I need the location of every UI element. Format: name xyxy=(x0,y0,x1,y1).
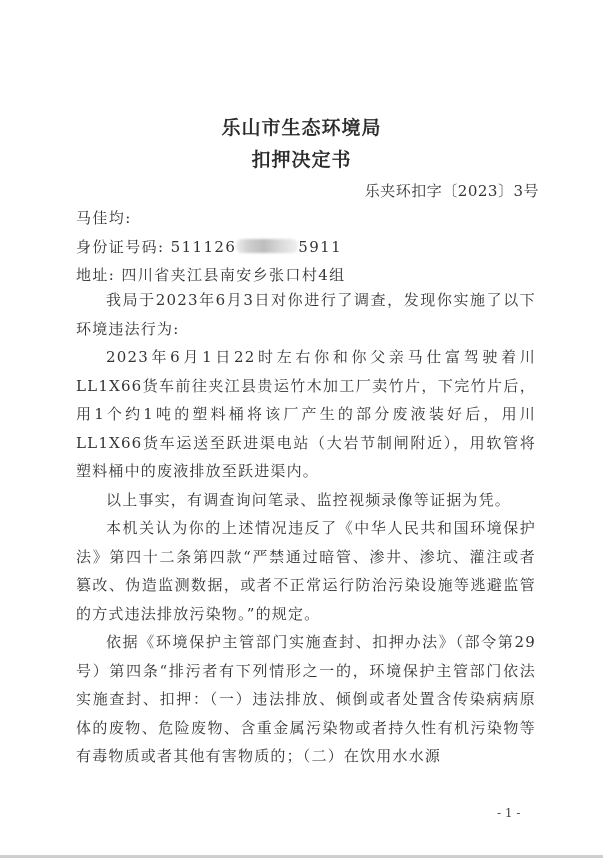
page-number: - 1 - xyxy=(497,806,520,820)
document-page: 乐山市生态环境局 扣押决定书 乐夹环扣字〔2023〕3号 马佳均: 身份证号码:… xyxy=(0,0,603,855)
document-title: 扣押决定书 xyxy=(0,145,603,172)
redacted-id-segment xyxy=(236,239,298,253)
id-suffix: 5911 xyxy=(298,238,342,256)
document-number: 乐夹环扣字〔2023〕3号 xyxy=(365,180,539,201)
paragraph-violation-facts: 2023年6月1日22时左右你和你父亲马仕富驾驶着川LL1X66货车前往夹江县贵… xyxy=(76,343,536,486)
paragraph-investigation: 我局于2023年6月3日对你进行了调查，发现你实施了以下环境违法行为: xyxy=(76,286,536,343)
id-prefix: 511126 xyxy=(171,238,237,256)
paragraph-legal-basis: 依据《环境保护主管部门实施查封、扣押办法》（部令第29号）第四条“排污者有下列情… xyxy=(76,628,536,771)
recipient-name: 马佳均: xyxy=(76,207,132,228)
id-label: 身份证号码: xyxy=(76,238,171,256)
issuing-authority: 乐山市生态环境局 xyxy=(0,113,603,140)
paragraph-evidence: 以上事实，有调查询问笔录、监控视频录像等证据为凭。 xyxy=(76,486,536,515)
address-line: 地址: 四川省夹江县南安乡张口村4组 xyxy=(76,264,346,285)
id-number-line: 身份证号码: 5111265911 xyxy=(76,236,342,257)
paragraph-legal-violation: 本机关认为你的上述情况违反了《中华人民共和国环境保护法》第四十二条第四款“严禁通… xyxy=(76,514,536,628)
